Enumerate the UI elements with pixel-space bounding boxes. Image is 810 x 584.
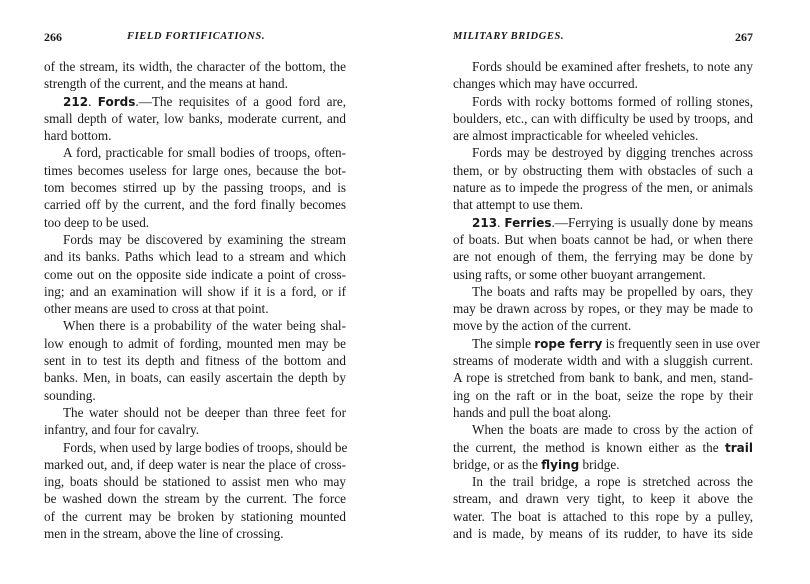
text-span: other means are used to cross at that po… — [44, 301, 269, 316]
bold-term: flying — [541, 458, 579, 472]
text-line: banks. Men, in boats, can easily ascerta… — [44, 369, 346, 386]
text-span: . — [88, 94, 98, 109]
text-span: infantry, and four for cavalry. — [44, 422, 199, 437]
text-line: be washed down the stream by the current… — [44, 490, 346, 507]
text-span: ing; and an examination will show if it … — [44, 284, 346, 299]
text-line: In the trail bridge, a rope is stretched… — [453, 473, 753, 490]
text-line: low enough to admit of fording, mounted … — [44, 335, 346, 352]
text-line: are almost impracticable for wheeled veh… — [453, 127, 753, 144]
bold-term: trail — [725, 441, 753, 455]
text-line: carried off by the current, and the ford… — [44, 196, 346, 213]
page-number: 267 — [735, 30, 753, 45]
text-line: men in the stream, above the line of cro… — [44, 525, 346, 542]
text-span: Fords may be destroyed by digging trench… — [472, 145, 753, 160]
text-line: the current, the method is known either … — [453, 439, 753, 456]
text-line: and is made, by means of its rudder, to … — [453, 525, 753, 542]
text-span: strength of the current, and the means a… — [44, 76, 288, 91]
text-span: In the trail bridge, a rope is stretched… — [472, 474, 753, 489]
text-line: times becomes useless for large ones, be… — [44, 162, 346, 179]
running-title: FIELD FORTIFICATIONS. — [127, 31, 265, 42]
text-span: Fords, when used by large bodies of troo… — [63, 440, 347, 455]
text-line: ing, boats should be stationed to assist… — [44, 473, 346, 490]
text-span: low enough to admit of fording, mounted … — [44, 336, 346, 351]
text-line: of boats. But when boats cannot be had, … — [453, 231, 753, 248]
text-span: of boats. But when boats cannot be had, … — [453, 232, 753, 247]
text-span: are not enough of them, the ferrying may… — [453, 249, 753, 264]
text-line: streams of moderate width and with a slu… — [453, 352, 753, 369]
text-span: Fords should be examined after freshets,… — [472, 59, 753, 74]
bold-term: rope ferry — [534, 337, 602, 351]
text-line: Fords may be discovered by examining the… — [44, 231, 346, 248]
text-line: The boats and rafts may be propelled by … — [453, 283, 753, 300]
text-span: them, or by obstructing them with obstac… — [453, 163, 753, 178]
running-title: MILITARY BRIDGES. — [453, 31, 564, 42]
text-line: small depth of water, low banks, moderat… — [44, 110, 346, 127]
text-line: other means are used to cross at that po… — [44, 300, 346, 317]
right-page-body: Fords should be examined after freshets,… — [453, 58, 753, 542]
left-page: 266 FIELD FORTIFICATIONS. of the stream,… — [44, 0, 346, 584]
left-page-body: of the stream, its width, the character … — [44, 58, 346, 542]
text-line: A ford, practicable for small bodies of … — [44, 144, 346, 161]
text-line: Fords with rocky bottoms formed of rolli… — [453, 93, 753, 110]
text-span: hard bottom. — [44, 128, 111, 143]
text-span: men in the stream, above the line of cro… — [44, 526, 284, 541]
text-span: small depth of water, low banks, moderat… — [44, 111, 346, 126]
text-span: are almost impracticable for wheeled veh… — [453, 128, 698, 143]
text-line: and its banks. Paths which lead to a str… — [44, 248, 346, 265]
text-span: nature as to impede the progress of the … — [453, 180, 753, 195]
text-span: and is made, by means of its rudder, to … — [453, 526, 753, 541]
text-span: water. The boat is attached to this rope… — [453, 509, 753, 524]
bold-term: Ferries — [504, 216, 551, 230]
text-line: Fords, when used by large bodies of troo… — [44, 439, 346, 456]
text-line: too deep to be used. — [44, 214, 346, 231]
text-span: that attempt to use them. — [453, 197, 583, 212]
text-line: sent in to test its depth and fitness of… — [44, 352, 346, 369]
text-line: boulders, etc., can with difficulty be u… — [453, 110, 753, 127]
text-span: the current, the method is known either … — [453, 440, 725, 455]
text-line: 212. Fords.—The requisites of a good for… — [44, 93, 346, 110]
text-span: bridge, or as the — [453, 457, 541, 472]
text-line: Fords may be destroyed by digging trench… — [453, 144, 753, 161]
text-line: A rope is stretched from bank to bank, a… — [453, 369, 753, 386]
text-span: A ford, practicable for small bodies of … — [63, 145, 346, 160]
text-line: water. The boat is attached to this rope… — [453, 508, 753, 525]
text-span: The water should not be deeper than thre… — [63, 405, 346, 420]
text-line: changes which may have occurred. — [453, 75, 753, 92]
text-line: come out on the opposite side indicate a… — [44, 266, 346, 283]
text-line: hard bottom. — [44, 127, 346, 144]
text-span: sounding. — [44, 388, 96, 403]
text-span: is frequently seen in use over — [602, 336, 759, 351]
text-span: move by the action of the current. — [453, 318, 631, 333]
text-span: be washed down the stream by the current… — [44, 491, 346, 506]
text-span: of the stream, its width, the character … — [44, 59, 346, 74]
text-span: boulders, etc., can with difficulty be u… — [453, 111, 753, 126]
text-span: times becomes useless for large ones, be… — [44, 163, 346, 178]
text-line: ing; and an examination will show if it … — [44, 283, 346, 300]
text-span: ing, boats should be stationed to assist… — [44, 474, 346, 489]
text-line: nature as to impede the progress of the … — [453, 179, 753, 196]
text-span: banks. Men, in boats, can easily ascerta… — [44, 370, 346, 385]
text-line: may be drawn across by ropes, or they ma… — [453, 300, 753, 317]
text-span: tom becomes stirred up by the passing tr… — [44, 180, 346, 195]
text-span: When there is a probability of the water… — [63, 318, 346, 333]
text-span: When the boats are made to cross by the … — [472, 422, 753, 437]
text-line: strength of the current, and the means a… — [44, 75, 346, 92]
text-line: that attempt to use them. — [453, 196, 753, 213]
text-span: sent in to test its depth and fitness of… — [44, 353, 346, 368]
text-span: hands and pull the boat along. — [453, 405, 611, 420]
text-span: may be drawn across by ropes, or they ma… — [453, 301, 753, 316]
text-line: are not enough of them, the ferrying may… — [453, 248, 753, 265]
text-line: bridge, or as the flying bridge. — [453, 456, 753, 473]
text-span: and its banks. Paths which lead to a str… — [44, 249, 346, 264]
text-line: 213. Ferries.—Ferrying is usually done b… — [453, 214, 753, 231]
right-page-header: MILITARY BRIDGES. 267 — [453, 30, 753, 46]
text-span: marked out, and, if deep water is near t… — [44, 457, 346, 472]
text-line: infantry, and four for cavalry. — [44, 421, 346, 438]
text-span: come out on the opposite side indicate a… — [44, 267, 346, 282]
text-line: When there is a probability of the water… — [44, 317, 346, 334]
text-line: Fords should be examined after freshets,… — [453, 58, 753, 75]
text-line: The simple rope ferry is frequently seen… — [453, 335, 753, 352]
right-page: MILITARY BRIDGES. 267 Fords should be ex… — [453, 0, 753, 584]
text-span: A rope is stretched from bank to bank, a… — [453, 370, 753, 385]
text-line: sounding. — [44, 387, 346, 404]
text-line: of the stream, its width, the character … — [44, 58, 346, 75]
text-line: When the boats are made to cross by the … — [453, 421, 753, 438]
text-line: stream, and drawn very tight, to keep it… — [453, 490, 753, 507]
text-line: marked out, and, if deep water is near t… — [44, 456, 346, 473]
bold-term: Fords — [98, 95, 136, 109]
text-span: ing on the raft or in the boat, seize th… — [453, 388, 753, 403]
section-number: 212 — [63, 95, 88, 109]
text-line: them, or by obstructing them with obstac… — [453, 162, 753, 179]
text-span: using rafts, or some other buoyant arran… — [453, 267, 706, 282]
section-number: 213 — [472, 216, 497, 230]
text-span: The boats and rafts may be propelled by … — [472, 284, 753, 299]
text-span: Fords with rocky bottoms formed of rolli… — [472, 94, 753, 109]
text-line: hands and pull the boat along. — [453, 404, 753, 421]
text-span: streams of moderate width and with a slu… — [453, 353, 753, 368]
text-span: Fords may be discovered by examining the… — [63, 232, 346, 247]
text-line: The water should not be deeper than thre… — [44, 404, 346, 421]
text-span: bridge. — [579, 457, 619, 472]
text-span: The simple — [472, 336, 534, 351]
left-page-header: 266 FIELD FORTIFICATIONS. — [44, 30, 346, 46]
text-line: of the current may be broken by stationi… — [44, 508, 346, 525]
text-span: stream, and drawn very tight, to keep it… — [453, 491, 753, 506]
text-line: ing on the raft or in the boat, seize th… — [453, 387, 753, 404]
text-span: carried off by the current, and the ford… — [44, 197, 346, 212]
text-span: too deep to be used. — [44, 215, 149, 230]
text-span: .—Ferrying is usually done by means — [552, 215, 754, 230]
text-line: using rafts, or some other buoyant arran… — [453, 266, 753, 283]
text-span: changes which may have occurred. — [453, 76, 638, 91]
text-line: tom becomes stirred up by the passing tr… — [44, 179, 346, 196]
page-number: 266 — [44, 30, 62, 45]
text-span: .—The requisites of a good ford are, — [135, 94, 346, 109]
text-line: move by the action of the current. — [453, 317, 753, 334]
text-span: of the current may be broken by stationi… — [44, 509, 346, 524]
